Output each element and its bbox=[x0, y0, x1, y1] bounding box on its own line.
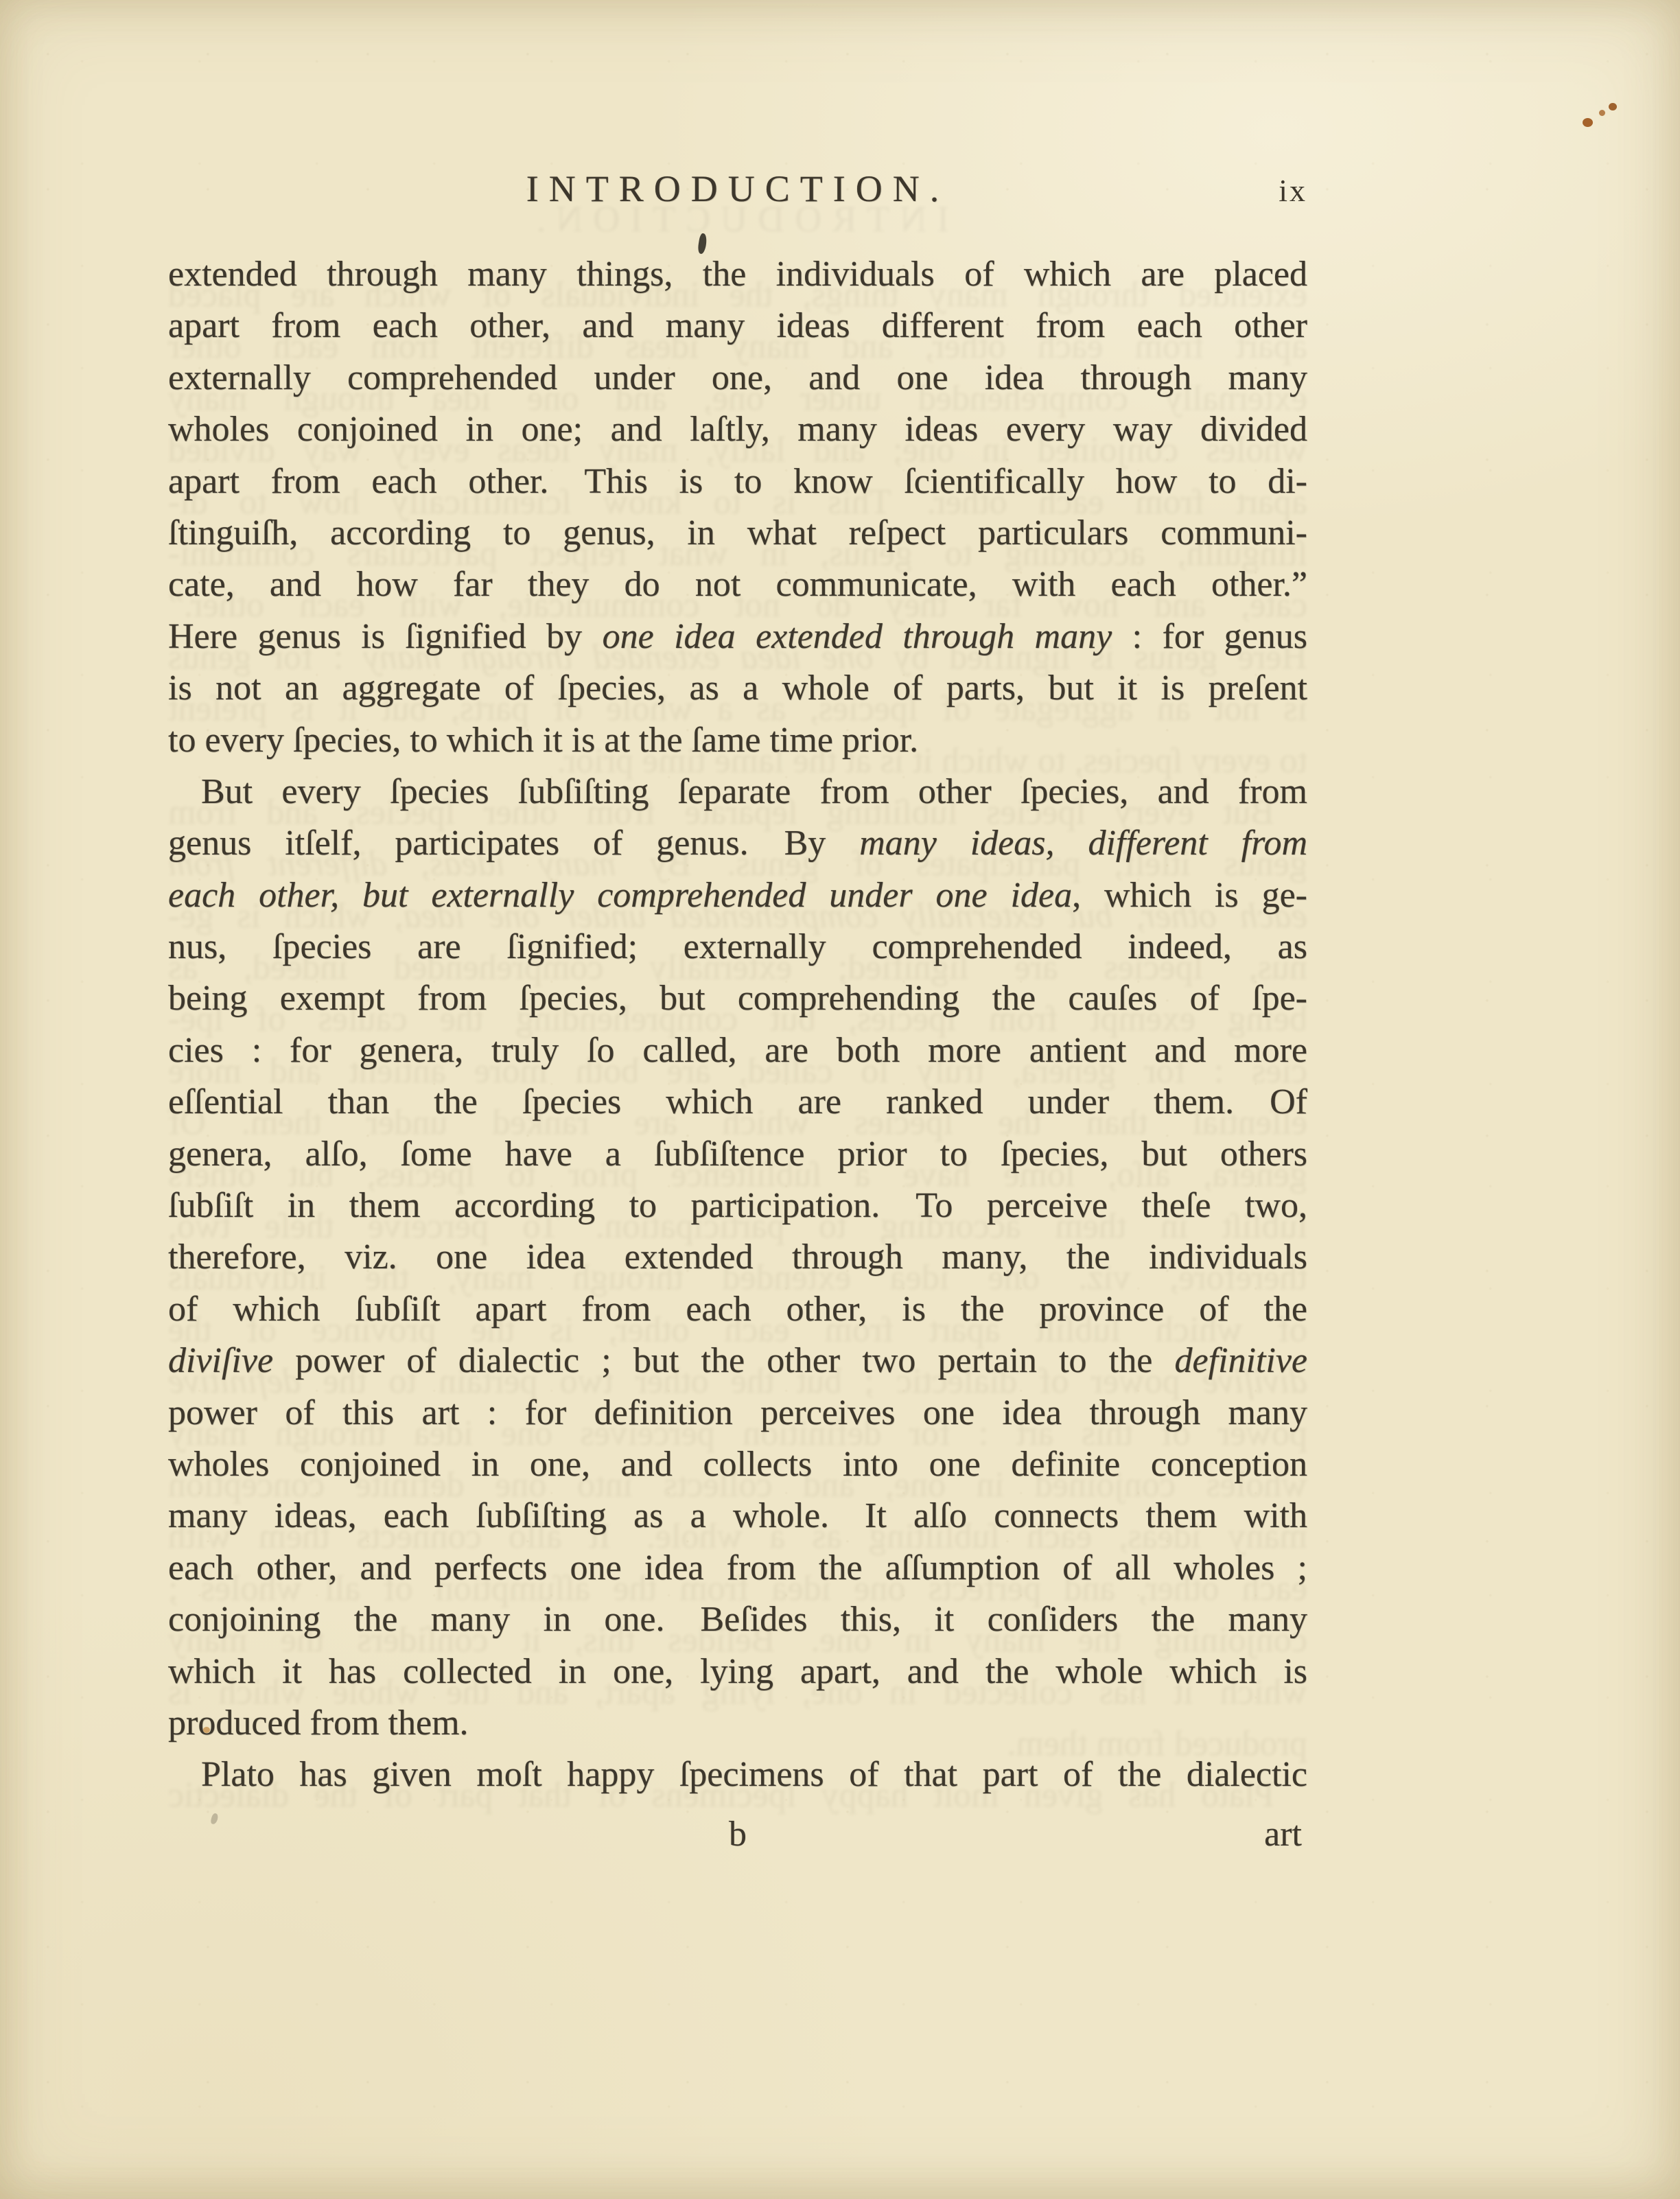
text-segment: cies : for genera, truly ſo called, are … bbox=[168, 1031, 1307, 1070]
text-line: ſubſiſt in them according to participati… bbox=[168, 1180, 1307, 1231]
text-segment: nus, ſpecies are ſignified; externally c… bbox=[168, 927, 1307, 966]
text-line: being exempt from ſpecies, but comprehen… bbox=[168, 973, 1307, 1024]
text-segment: Plato has given moſt happy ſpecimens of … bbox=[201, 1755, 1307, 1794]
italic-text-segment: definitive bbox=[1175, 1341, 1307, 1380]
text-line: extended through many things, the indivi… bbox=[168, 248, 1307, 300]
text-segment: , which is ge- bbox=[1072, 876, 1307, 915]
text-line: externally comprehended under one, and o… bbox=[168, 352, 1307, 404]
text-line: Here genus is ſignified by one idea exte… bbox=[168, 611, 1307, 662]
text-segment: being exempt from ſpecies, but comprehen… bbox=[168, 979, 1307, 1018]
text-line: eſſential than the ſpecies which are ran… bbox=[168, 1076, 1307, 1128]
text-line: power of this art : for definition perce… bbox=[168, 1387, 1307, 1439]
text-line: apart from each other, and many ideas di… bbox=[168, 300, 1307, 351]
signature-mark: b bbox=[729, 1815, 747, 1854]
text-line: Plato has given moſt happy ſpecimens of … bbox=[168, 1749, 1307, 1800]
text-segment: genus itſelf, participates of genus. By bbox=[168, 824, 859, 863]
fox-spot bbox=[203, 1727, 210, 1733]
book-page-scan: INTRODUCTION. INTRODUCTION. ix extended … bbox=[0, 0, 1680, 2199]
text-segment: ſtinguiſh, according to genus, in what r… bbox=[168, 513, 1307, 552]
italic-text-segment: diviſive bbox=[168, 1341, 273, 1380]
text-line: therefore, viz. one idea extended throug… bbox=[168, 1231, 1307, 1283]
body-text: extended through many things, the indivi… bbox=[168, 248, 1307, 1801]
text-segment: : for genus bbox=[1112, 617, 1307, 656]
text-segment: of which ſubſiſt apart from each other, … bbox=[168, 1290, 1307, 1329]
page-number: ix bbox=[1279, 159, 1307, 218]
text-line: cate, and how far they do not communicat… bbox=[168, 559, 1307, 610]
text-segment: extended through many things, the indivi… bbox=[168, 255, 1307, 294]
text-line: produced from them. bbox=[168, 1697, 1307, 1749]
text-segment: produced from them. bbox=[168, 1703, 469, 1743]
text-segment: conjoining the many in one. Beſides this… bbox=[168, 1600, 1307, 1639]
text-line: wholes conjoined in one, and collects in… bbox=[168, 1439, 1307, 1490]
text-segment: genera, alſo, ſome have a ſubſiſtence pr… bbox=[168, 1135, 1307, 1174]
text-line: diviſive power of dialectic ; but the ot… bbox=[168, 1335, 1307, 1386]
text-segment: power of this art : for definition perce… bbox=[168, 1393, 1307, 1432]
text-segment: eſſential than the ſpecies which are ran… bbox=[168, 1082, 1307, 1121]
text-line: But every ſpecies ſubſiſting ſeparate fr… bbox=[168, 766, 1307, 817]
text-segment: cate, and how far they do not communicat… bbox=[168, 565, 1307, 604]
text-line: conjoining the many in one. Beſides this… bbox=[168, 1594, 1307, 1645]
signature-line: b art bbox=[168, 1808, 1307, 1861]
text-line: to every ſpecies, to which it is at the … bbox=[168, 714, 1307, 766]
running-head: INTRODUCTION. INTRODUCTION. ix bbox=[168, 159, 1307, 218]
text-segment: is not an aggregate of ſpecies, as a who… bbox=[168, 668, 1307, 708]
text-line: cies : for genera, truly ſo called, are … bbox=[168, 1025, 1307, 1076]
text-line: ſtinguiſh, according to genus, in what r… bbox=[168, 507, 1307, 559]
fox-spot bbox=[1599, 110, 1605, 116]
text-segment: apart from each other, and many ideas di… bbox=[168, 306, 1307, 345]
text-block: extended through many things, the indivi… bbox=[168, 248, 1307, 1801]
text-segment: ſubſiſt in them according to participati… bbox=[168, 1186, 1307, 1225]
italic-text-segment: each other, but externally comprehended … bbox=[168, 876, 1072, 915]
text-segment: which it has collected in one, lying apa… bbox=[168, 1652, 1307, 1691]
text-line: each other, but externally comprehended … bbox=[168, 870, 1307, 921]
text-segment: But every ſpecies ſubſiſting ſeparate fr… bbox=[201, 772, 1307, 811]
text-line: is not an aggregate of ſpecies, as a who… bbox=[168, 662, 1307, 714]
text-segment: each other, and perfects one idea from t… bbox=[168, 1548, 1307, 1587]
text-segment: wholes conjoined in one; and laſtly, man… bbox=[168, 410, 1307, 449]
text-line: apart from each other. This is to know ſ… bbox=[168, 456, 1307, 507]
text-line: genera, alſo, ſome have a ſubſiſtence pr… bbox=[168, 1128, 1307, 1180]
text-line: nus, ſpecies are ſignified; externally c… bbox=[168, 921, 1307, 973]
page-title: INTRODUCTION. bbox=[526, 168, 949, 209]
fox-spot bbox=[1583, 118, 1593, 127]
text-segment: many ideas, each ſubſiſting as a whole. … bbox=[168, 1496, 1307, 1535]
italic-text-segment: one idea extended through many bbox=[603, 617, 1112, 656]
text-segment: power of dialectic ; but the other two p… bbox=[273, 1341, 1174, 1380]
text-segment: to every ſpecies, to which it is at the … bbox=[168, 721, 918, 760]
text-line: wholes conjoined in one; and laſtly, man… bbox=[168, 404, 1307, 455]
italic-text-segment: many ideas, different from bbox=[859, 824, 1307, 863]
text-line: many ideas, each ſubſiſting as a whole. … bbox=[168, 1490, 1307, 1541]
text-segment: Here genus is ſignified by bbox=[168, 617, 603, 656]
text-line: which it has collected in one, lying apa… bbox=[168, 1646, 1307, 1697]
fox-spot bbox=[1609, 103, 1617, 110]
text-segment: apart from each other. This is to know ſ… bbox=[168, 462, 1307, 501]
text-line: of which ſubſiſt apart from each other, … bbox=[168, 1283, 1307, 1335]
text-segment: externally comprehended under one, and o… bbox=[168, 358, 1307, 397]
text-line: each other, and perfects one idea from t… bbox=[168, 1542, 1307, 1594]
catchword: art bbox=[1264, 1808, 1302, 1861]
text-segment: wholes conjoined in one, and collects in… bbox=[168, 1445, 1307, 1484]
text-segment: therefore, viz. one idea extended throug… bbox=[168, 1237, 1307, 1277]
text-line: genus itſelf, participates of genus. By … bbox=[168, 817, 1307, 869]
